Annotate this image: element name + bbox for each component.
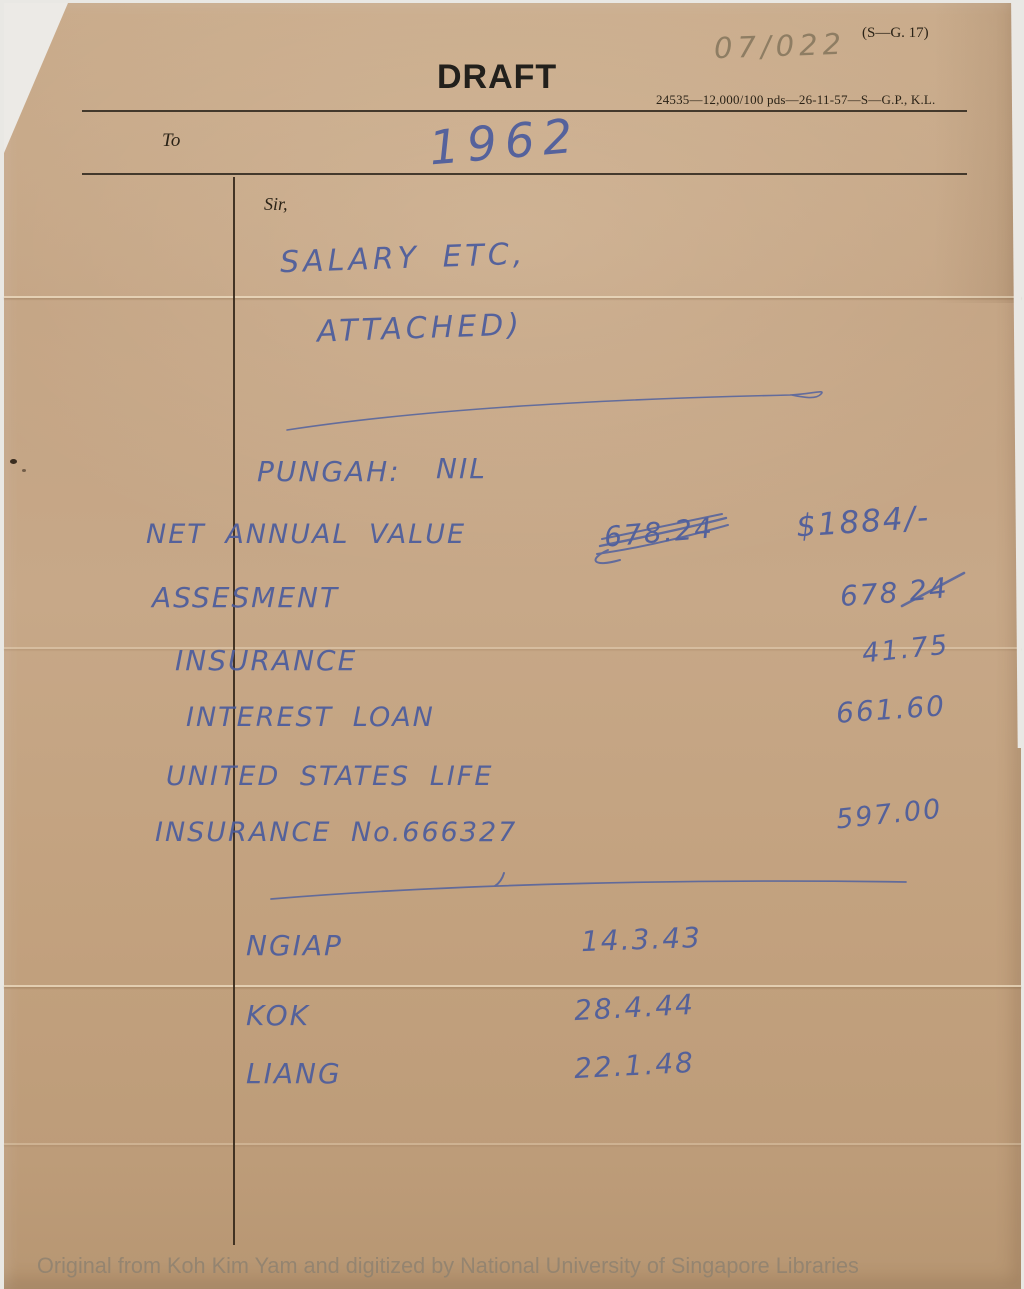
- insurance-label: INSURANCE: [175, 644, 357, 677]
- date-row-name: NGIAP: [246, 929, 343, 962]
- insurance-value: 41.75: [861, 630, 951, 670]
- paper-fold-shadow: [934, 3, 1018, 303]
- net-annual-value-amount: $1884/-: [795, 499, 931, 544]
- date-row-date: 14.3.43: [580, 921, 702, 958]
- fold-crease: [4, 985, 1021, 987]
- digitization-watermark: Original from Koh Kim Yam and digitized …: [37, 1253, 859, 1279]
- fold-crease: [4, 1143, 1021, 1145]
- handwritten-year: 1962: [427, 108, 583, 176]
- horizontal-rule-top: [82, 110, 967, 112]
- net-annual-value-label: NET ANNUAL VALUE: [146, 519, 466, 550]
- form-code: (S—G. 17): [862, 25, 929, 42]
- scan-corner-background: [4, 3, 68, 153]
- date-row-name: LIANG: [246, 1057, 342, 1090]
- pungah-label: PUNGAH:: [257, 455, 401, 488]
- subject-line-2: ATTACHED): [316, 307, 523, 349]
- us-life-label-line-1: UNITED STATES LIFE: [166, 761, 493, 792]
- pungah-value: NIL: [436, 452, 487, 485]
- printer-imprint: 24535—12,000/100 pds—26-11-57—S—G.P., K.…: [656, 92, 935, 108]
- assessment-value: 678: [839, 576, 901, 613]
- ink-speck: [10, 459, 17, 464]
- document-title: DRAFT: [437, 58, 557, 97]
- assessment-struck-cents: 24: [907, 571, 950, 608]
- handwritten-file-reference: 07/022: [713, 27, 846, 66]
- assessment-label: ASSESMENT: [152, 581, 339, 614]
- ink-speck: [22, 469, 26, 472]
- us-life-value: 597.00: [835, 794, 944, 836]
- salutation: Sir,: [264, 194, 288, 215]
- scanned-page: 07/022 (S—G. 17) DRAFT 24535—12,000/100 …: [4, 3, 1021, 1289]
- fold-crease: [4, 296, 1021, 298]
- date-row-date: 28.4.44: [573, 988, 695, 1027]
- net-annual-value-struck-amount: 678.24: [603, 511, 715, 553]
- to-label: To: [162, 130, 180, 152]
- date-row-date: 22.1.48: [573, 1046, 695, 1085]
- us-life-label-line-2: INSURANCE No.666327: [155, 817, 517, 848]
- horizontal-rule-to: [82, 173, 967, 175]
- subject-line-1: SALARY ETC,: [279, 237, 526, 281]
- interest-loan-value: 661.60: [835, 689, 947, 730]
- date-row-name: KOK: [246, 999, 310, 1032]
- interest-loan-label: INTEREST LOAN: [186, 702, 435, 733]
